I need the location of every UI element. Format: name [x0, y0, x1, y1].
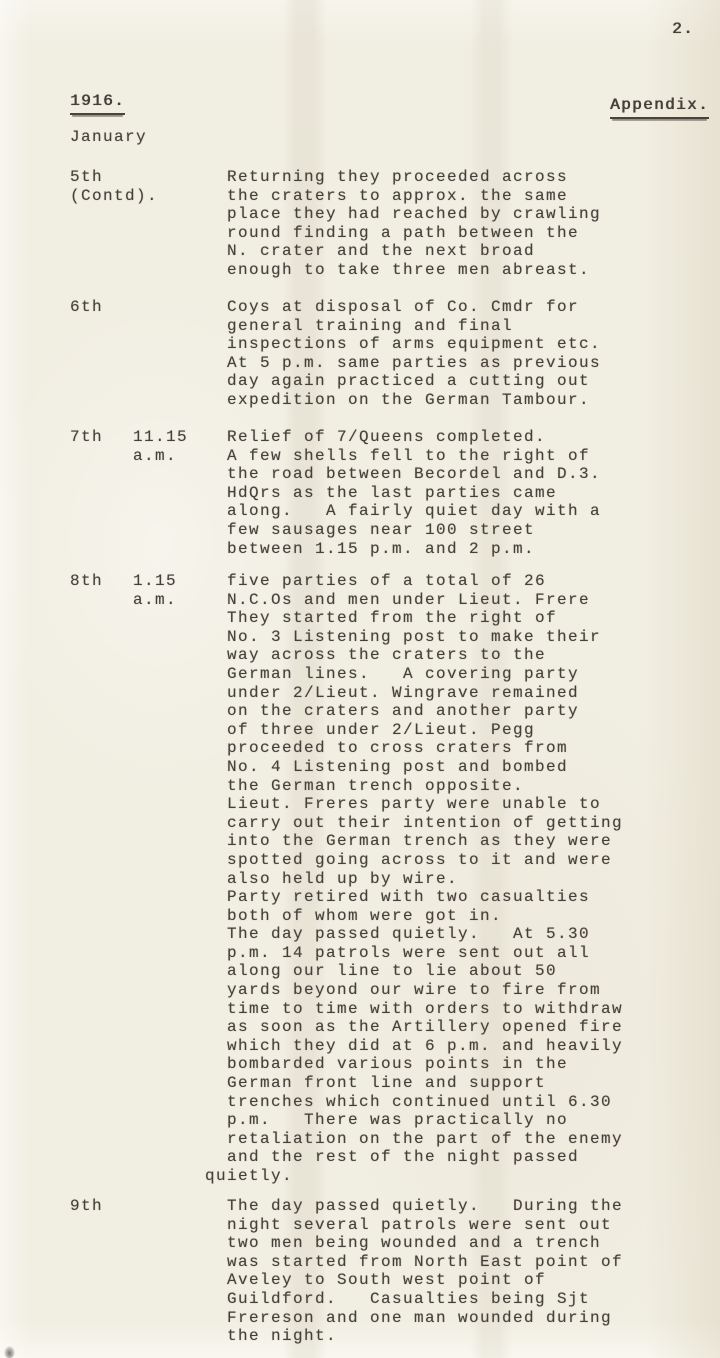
entry-time: 1.15 a.m.	[133, 572, 205, 609]
entry-body: Relief of 7/Queens completed. A few shel…	[205, 428, 601, 558]
stray-mark	[4, 1346, 15, 1358]
entry-body: Coys at disposal of Co. Cmdr for general…	[205, 298, 601, 410]
diary-entry-9th: 9th The day passed quietly. During the n…	[70, 1197, 623, 1346]
diary-entry-6th: 6th Coys at disposal of Co. Cmdr for gen…	[70, 298, 601, 410]
diary-page: 2. 1916. Appendix. January 5th (Contd). …	[0, 0, 720, 1358]
entry-time: 11.15 a.m.	[133, 428, 205, 465]
appendix-heading: Appendix.	[610, 96, 709, 119]
entry-body: The day passed quietly. During the night…	[205, 1197, 623, 1346]
entry-date: 9th	[70, 1197, 133, 1216]
diary-entry-8th: 8th 1.15 a.m. five parties of a total of…	[70, 572, 623, 1186]
year-heading: 1916.	[70, 92, 125, 115]
entry-date: 5th (Contd).	[70, 168, 133, 205]
entry-date: 6th	[70, 298, 133, 317]
entry-date: 8th	[70, 572, 133, 591]
diary-entry-7th: 7th 11.15 a.m. Relief of 7/Queens comple…	[70, 428, 601, 558]
entry-body: Returning they proceeded across the crat…	[205, 168, 601, 280]
entry-body: five parties of a total of 26 N.C.Os and…	[205, 572, 623, 1186]
month-heading: January	[70, 128, 147, 147]
diary-entry-5th: 5th (Contd). Returning they proceeded ac…	[70, 168, 601, 280]
entry-date: 7th	[70, 428, 133, 447]
page-number: 2.	[672, 20, 694, 39]
